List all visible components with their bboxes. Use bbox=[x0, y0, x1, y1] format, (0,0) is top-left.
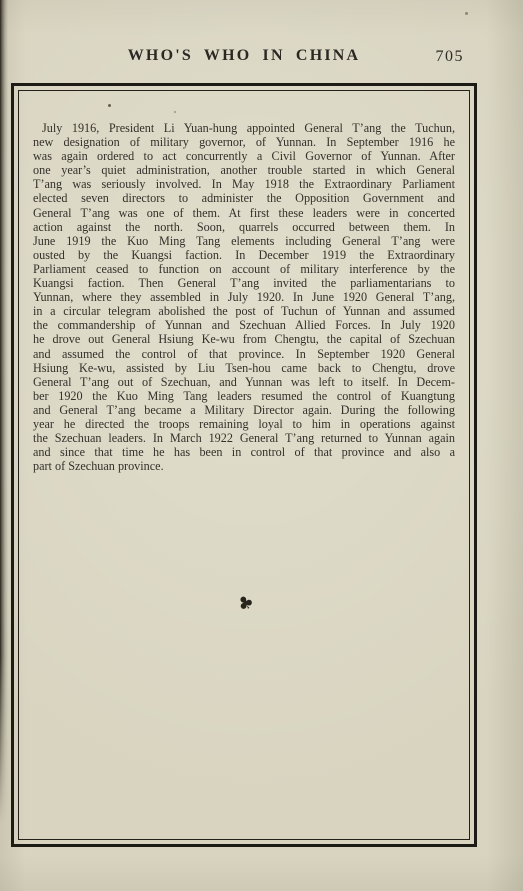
text-line: part of Szechuan province. bbox=[33, 459, 455, 473]
text-line: July 1916, President Li Yuan-hung appoin… bbox=[33, 121, 455, 135]
page-number: 705 bbox=[436, 48, 465, 66]
text-line: the commandership of Yunnan and Szechuan… bbox=[33, 318, 455, 332]
text-line: ber 1920 the Kuo Ming Tang leaders resum… bbox=[33, 389, 455, 403]
text-line: Yunnan, where they assembled in July 192… bbox=[33, 290, 455, 304]
text-line: action against the north. Soon, quarrels… bbox=[33, 220, 455, 234]
page-title: WHO'S WHO IN CHINA bbox=[128, 47, 361, 64]
book-binding-shadow bbox=[0, 0, 8, 840]
running-header: WHO'S WHO IN CHINA 705 bbox=[11, 47, 477, 67]
text-line: and General T’ang became a Military Dire… bbox=[33, 403, 455, 417]
text-line: ousted by the Kuangsi faction. In Decemb… bbox=[33, 248, 455, 262]
biography-text: July 1916, President Li Yuan-hung appoin… bbox=[33, 121, 455, 473]
text-line: June 1919 the Kuo Ming Tang elements inc… bbox=[33, 234, 455, 248]
text-line: in a circular telegram abolished the pos… bbox=[33, 304, 455, 318]
text-line: year he directed the troops remaining lo… bbox=[33, 417, 455, 431]
text-line: T’ang was seriously involved. In May 191… bbox=[33, 177, 455, 191]
text-line: Parliament ceased to function on account… bbox=[33, 262, 455, 276]
text-line: General T’ang out of Szechuan, and Yunna… bbox=[33, 375, 455, 389]
text-line: new designation of military governor, of… bbox=[33, 135, 455, 149]
text-line: Hsiung Ke-wu, assisted by Liu Tsen-hou c… bbox=[33, 361, 455, 375]
text-line: he drove out General Hsiung Ke-wu from C… bbox=[33, 332, 455, 346]
scan-speck bbox=[174, 111, 176, 113]
text-line: one year’s quiet administration, another… bbox=[33, 163, 455, 177]
scan-speck bbox=[108, 104, 111, 107]
scanned-book-page: WHO'S WHO IN CHINA 705 July 1916, Presid… bbox=[0, 0, 523, 891]
text-line: elected seven directors to administer th… bbox=[33, 191, 455, 205]
text-line: General T’ang was one of them. At first … bbox=[33, 206, 455, 220]
text-line: Kuangsi faction. Then General T’ang invi… bbox=[33, 276, 455, 290]
text-line: was again ordered to act concurrently a … bbox=[33, 149, 455, 163]
text-line: the Szechuan leaders. In March 1922 Gene… bbox=[33, 431, 455, 445]
scan-speck bbox=[465, 12, 468, 15]
text-line: and assumed the control of that province… bbox=[33, 347, 455, 361]
text-line: and since that time he has been in contr… bbox=[33, 445, 455, 459]
